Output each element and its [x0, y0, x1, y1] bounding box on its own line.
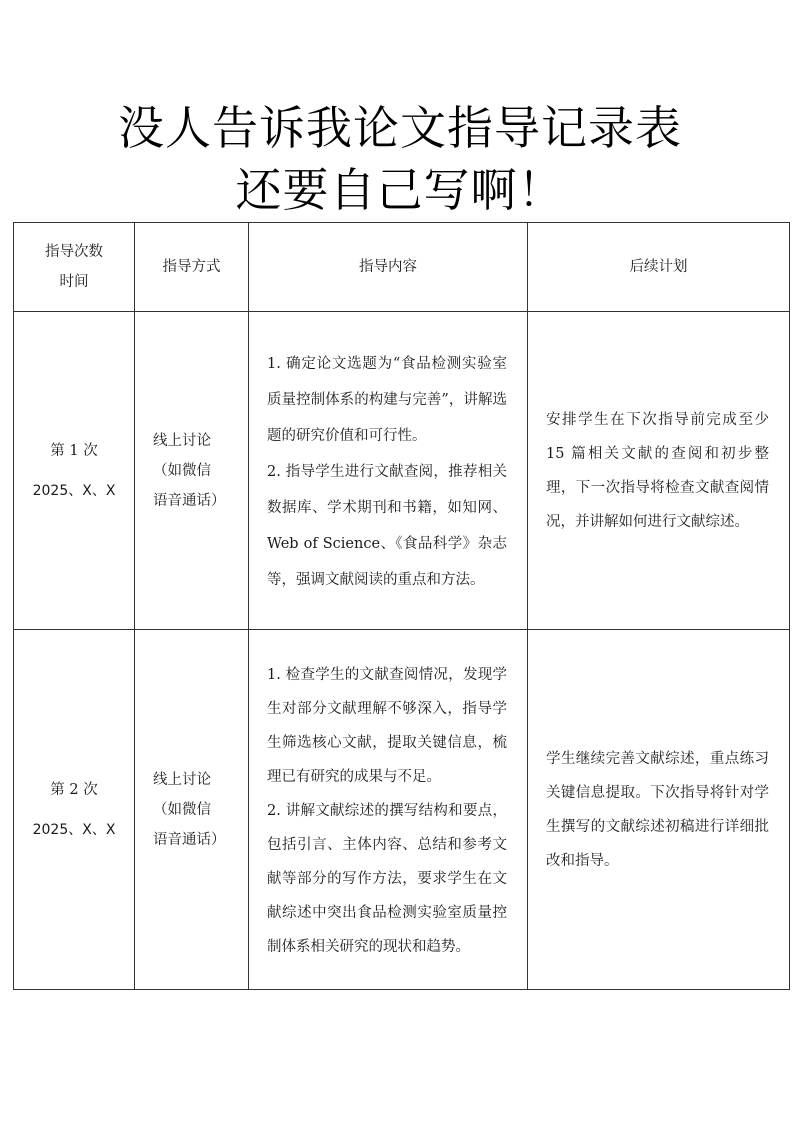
header-plan: 后续计划	[528, 223, 790, 312]
table-row: 第 1 次 2025、X、X 线上讨论 （如微信 语音通话） 1. 确定论文选题…	[14, 312, 790, 630]
session-mode-cell: 线上讨论 （如微信 语音通话）	[135, 312, 249, 630]
session-meta-cell: 第 2 次 2025、X、X	[14, 630, 135, 990]
plan-text: 安排学生在下次指导前完成至少 15 篇相关文献的查阅和初步整理，下一次指导将检查…	[546, 403, 769, 539]
header-time-label: 时间	[14, 267, 134, 297]
session-date: 2025、X、X	[14, 810, 134, 850]
mode-line-1: 线上讨论	[153, 765, 248, 795]
session-plan-cell: 学生继续完善文献综述，重点练习关键信息提取。下次指导将针对学生撰写的文献综述初稿…	[528, 630, 790, 990]
session-content-cell: 1. 检查学生的文献查阅情况，发现学生对部分文献理解不够深入，指导学生筛选核心文…	[249, 630, 528, 990]
header-content: 指导内容	[249, 223, 528, 312]
mode-line-3: 语音通话）	[153, 486, 248, 516]
mode-line-2: （如微信	[153, 795, 248, 825]
content-item-2: 2. 讲解文献综述的撰写结构和要点，包括引言、主体内容、总结和参考文献等部分的写…	[267, 794, 507, 964]
table-row: 第 2 次 2025、X、X 线上讨论 （如微信 语音通话） 1. 检查学生的文…	[14, 630, 790, 990]
guidance-record-table: 指导次数 时间 指导方式 指导内容 后续计划 第 1 次 2025、X、X 线上…	[13, 222, 790, 990]
session-count: 第 2 次	[14, 770, 134, 810]
content-item-1: 1. 检查学生的文献查阅情况，发现学生对部分文献理解不够深入，指导学生筛选核心文…	[267, 658, 507, 794]
session-count: 第 1 次	[14, 431, 134, 471]
page-title-line-1: 没人告诉我论文指导记录表	[0, 98, 800, 158]
mode-line-3: 语音通话）	[153, 825, 248, 855]
table-header-row: 指导次数 时间 指导方式 指导内容 后续计划	[14, 223, 790, 312]
mode-line-1: 线上讨论	[153, 426, 248, 456]
header-count-time: 指导次数 时间	[14, 223, 135, 312]
session-date: 2025、X、X	[14, 471, 134, 511]
header-count-label: 指导次数	[14, 237, 134, 267]
session-mode-cell: 线上讨论 （如微信 语音通话）	[135, 630, 249, 990]
plan-text: 学生继续完善文献综述，重点练习关键信息提取。下次指导将针对学生撰写的文献综述初稿…	[546, 742, 769, 878]
content-item-2: 2. 指导学生进行文献查阅，推荐相关数据库、学术期刊和书籍，如知网、Web of…	[267, 454, 507, 598]
content-item-1: 1. 确定论文选题为“食品检测实验室质量控制体系的构建与完善”，讲解选题的研究价…	[267, 346, 507, 454]
header-mode: 指导方式	[135, 223, 249, 312]
session-content-cell: 1. 确定论文选题为“食品检测实验室质量控制体系的构建与完善”，讲解选题的研究价…	[249, 312, 528, 630]
session-plan-cell: 安排学生在下次指导前完成至少 15 篇相关文献的查阅和初步整理，下一次指导将检查…	[528, 312, 790, 630]
session-meta-cell: 第 1 次 2025、X、X	[14, 312, 135, 630]
page-title-line-2: 还要自己写啊！	[0, 160, 800, 220]
mode-line-2: （如微信	[153, 456, 248, 486]
